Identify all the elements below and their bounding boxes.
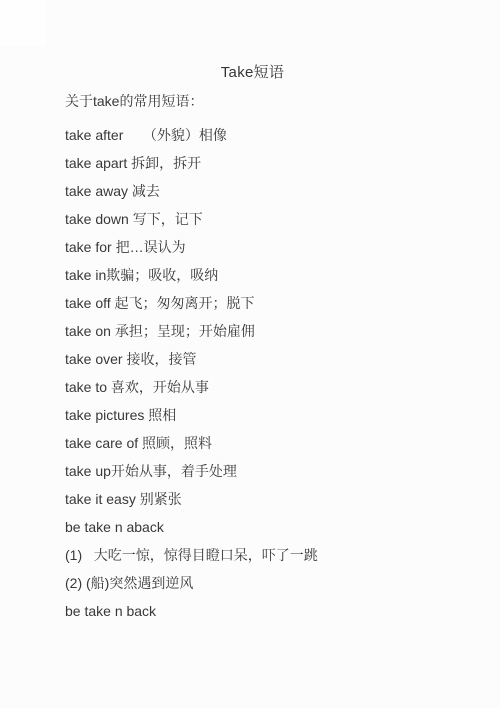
phrase-line: (2) (船)突然遇到逆风 bbox=[65, 576, 440, 591]
phrase-line: take over 接收，接管 bbox=[65, 352, 440, 367]
phrase-line: take up开始从事，着手处理 bbox=[65, 464, 440, 479]
phrase-line: (1) 大吃一惊，惊得目瞪口呆，吓了一跳 bbox=[65, 548, 440, 563]
page-title: Take短语 bbox=[65, 64, 440, 82]
phrase-line: take care of 照顾，照料 bbox=[65, 436, 440, 451]
phrase-line: take off 起飞；匆匆离开；脱下 bbox=[65, 296, 440, 311]
scan-artifact bbox=[0, 0, 46, 46]
phrase-line: be take n back bbox=[65, 604, 440, 619]
phrase-line: take apart 拆卸，拆开 bbox=[65, 156, 440, 171]
phrase-line: take to 喜欢，开始从事 bbox=[65, 380, 440, 395]
phrase-list: take after （外貌）相像 take apart 拆卸，拆开 take … bbox=[65, 128, 440, 619]
phrase-line: take after （外貌）相像 bbox=[65, 128, 440, 143]
phrase-line: take on 承担；呈现；开始雇佣 bbox=[65, 324, 440, 339]
phrase-line: take away 减去 bbox=[65, 184, 440, 199]
phrase-line: be take n aback bbox=[65, 520, 440, 535]
phrase-line: take in欺骗；吸收，吸纳 bbox=[65, 268, 440, 283]
phrase-line: take pictures 照相 bbox=[65, 408, 440, 423]
phrase-line: take down 写下，记下 bbox=[65, 212, 440, 227]
document-page: Take短语 关于take的常用短语： take after （外貌）相像 ta… bbox=[0, 0, 500, 708]
phrase-line: take it easy 别紧张 bbox=[65, 492, 440, 507]
phrase-line: take for 把…误认为 bbox=[65, 240, 440, 255]
intro-line: 关于take的常用短语： bbox=[65, 94, 440, 109]
